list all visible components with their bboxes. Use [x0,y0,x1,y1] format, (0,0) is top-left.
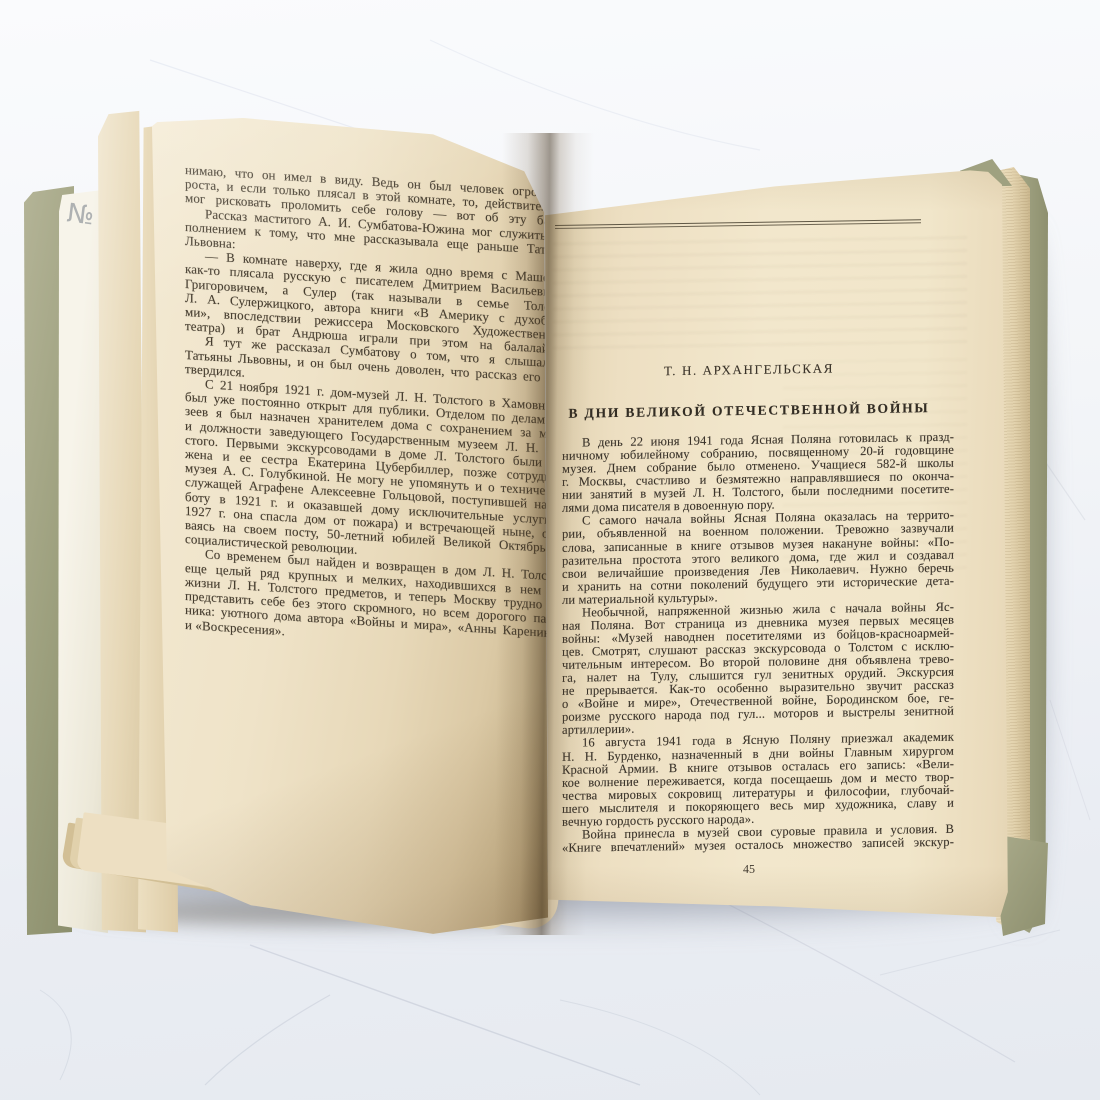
text-line: нии занятий в музей Л. Н. Толстого, были… [562,483,954,502]
text-line: «Книге впечатлений» музея осталось множе… [562,836,954,855]
text-line: представить себе без этого скромного, но… [185,589,571,627]
chapter-title: В ДНИ ВЕЛИКОЙ ОТЕЧЕСТВЕННОЙ ВОЙНЫ [553,400,945,422]
text-line: и хранить на сотни поколений будущего эт… [562,574,954,593]
text-line: рии, объявленной на военном положении. Т… [562,522,954,541]
author-heading: Т. Н. АРХАНГЕЛЬСКАЯ [553,359,945,381]
left-page-text: нимаю, что он имел в виду. Ведь он был ч… [185,163,571,656]
text-line: Л. А. Сулержицкого, автора книги «В Амер… [185,291,571,329]
photo-scene: № нимаю, что он имел в виду. Ведь он был… [0,0,1100,1100]
text-line: га, налет на Тулу, слышится гул зенитных… [562,666,954,685]
text-line: разительна простота этого великого дома,… [562,548,954,567]
text-line: г. Москвы, счастливо и безмятежно направ… [562,470,954,489]
text-line: слова, записанные в книге отзывов музея … [562,535,954,554]
text-line: роста, и если только плясал в этой комна… [185,177,571,215]
text-line: В день 22 июня 1941 года Ясная Поляна го… [562,431,954,450]
text-line: ми», впоследствии режиссера Московского … [185,305,571,343]
text-line: нимаю, что он имел в виду. Ведь он был ч… [185,163,571,201]
text-line: Рассказ маститого А. И. Сумбатова-Южина … [185,206,571,244]
right-page: Т. Н. АРХАНГЕЛЬСКАЯ В ДНИ ВЕЛИКОЙ ОТЕЧЕС… [535,165,1015,927]
text-line: зеев я был назначен хранителем дома с со… [185,404,571,442]
text-line: ничному юбилейному собранию, посвященном… [562,444,954,463]
text-line: Война принесла в музей свои суровые прав… [562,823,954,842]
right-page-content: Т. Н. АРХАНГЕЛЬСКАЯ В ДНИ ВЕЛИКОЙ ОТЕЧЕС… [553,158,993,927]
paragraph: Со временем был найден и возвращен в дом… [185,546,571,656]
text-line: 1927 г. она спасла дом от пожара) и встр… [185,504,571,542]
text-line: чества мировых сокровищ литературы и фил… [562,783,954,802]
text-line: Татьяны Львовны, и он был очень доволен,… [185,348,571,386]
text-line: и «Воскресения». [185,618,571,656]
text-line: и должности заведующего Государственным … [185,419,571,457]
paragraph: — В комнате наверху, где я жила одно вре… [185,248,571,358]
text-line: стого. Первыми экскурсоводами в доме Л. … [185,433,571,471]
page-number: 45 [553,859,945,880]
text-line: С 21 ноября 1921 г. дом-музей Л. Н. Толс… [185,376,571,414]
text-line: ли материальной культуры». [562,587,954,606]
text-line: ника: уютного дома автора «Войны и мира»… [185,603,571,641]
text-line: 16 августа 1941 года в Ясную Поляну прие… [562,731,954,750]
text-line: Я тут же рассказал Сумбатову о том, что … [185,333,571,371]
text-line: музея А. С. Голубкиной. Не могу не упомя… [185,461,571,499]
paragraph: Рассказ маститого А. И. Сумбатова-Южина … [185,206,571,273]
text-line: Со временем был найден и возвращен в дом… [185,546,571,584]
text-line: мог рисковать проломить себе голову — во… [185,191,571,229]
text-line: С самого начала войны Ясная Поляна оказа… [562,509,954,528]
paragraph: нимаю, что он имел в виду. Ведь он был ч… [185,163,571,230]
text-line: ная Поляна. Вот страница из дневника муз… [562,614,954,633]
text-line: музея. Днем собрание было отменено. Учащ… [562,457,954,476]
text-line: социалистической революции. [185,532,571,570]
text-line: — В комнате наверху, где я жила одно вре… [185,248,571,286]
show-through-texture [553,236,967,355]
text-line: цев. Смотрят, слушают рассказ экскурсово… [562,640,954,659]
text-line: не прерывается. Как-то особенно выразите… [562,679,954,698]
paragraph: С самого начала войны Ясная Поляна оказа… [562,509,954,607]
text-line: Н. Н. Бурденко, назначенный в дни войны … [562,744,954,763]
text-line: свои величайшие произведения Лев Николае… [562,561,954,580]
text-line: войны: «Музей наводнен посетителями из б… [562,627,954,646]
text-line: лями дома писателя в довоенную пору. [562,496,954,515]
text-line: служащей Аграфене Алексеевне Гольцовой, … [185,475,571,513]
text-line: роизме русского народа под гул... моторо… [562,705,954,724]
header-rule [555,219,921,229]
text-line: еще целый ряд крупных и мелких, находивш… [185,561,571,599]
text-line: ваясь на своем посту, 50-летний юбилей В… [185,518,571,556]
text-line: артиллерии». [562,718,954,737]
text-line: боту в 1921 г. и оказавшей дому исключит… [185,490,571,528]
paragraph: Я тут же рассказал Сумбатову о том, что … [185,333,571,400]
text-line: был уже постоянно открыт для публики. От… [185,390,571,428]
right-page-text: В день 22 июня 1941 года Ясная Поляна го… [562,431,954,855]
paragraph: С 21 ноября 1921 г. дом-музей Л. Н. Толс… [185,376,571,571]
text-line: чительным интересом. Во второй половине … [562,653,954,672]
left-page: нимаю, что он имел в виду. Ведь он был ч… [152,118,548,938]
text-line: как-то плясала русскую с писателем Дмитр… [185,262,571,300]
text-line: твердился. [185,362,571,400]
text-line: о «Войне и мире», Отечественной войне, Б… [562,692,954,711]
text-line: театра) и брат Андрюша играли при этом н… [185,319,571,357]
handwritten-number-mark: № [65,198,96,231]
text-line: кое волнение переживается, когда посещае… [562,770,954,789]
text-line: вечную гордость русского народа». [562,810,954,829]
text-line: Красной Армии. В книге отзывов осталась … [562,757,954,776]
text-line: Львовна: [185,234,571,272]
paragraph: 16 августа 1941 года в Ясную Поляну прие… [562,731,954,829]
text-line: Необычной, напряженной жизнью жила с нач… [562,601,954,620]
text-line: жизни Л. Н. Толстого предметов, и теперь… [185,575,571,613]
text-line: полнением к тому, что мне рассказывала е… [185,220,571,258]
show-through-texture-2 [783,358,967,581]
text-line: Григоровичем, а Сулер (так называли в се… [185,277,571,315]
text-line: шего мыслителя и покоряющего весь мир ху… [562,796,954,815]
paragraph: В день 22 июня 1941 года Ясная Поляна го… [562,431,954,516]
text-line: жена и ее сестра Екатерина Цубербиллер, … [185,447,571,485]
paragraph: Необычной, напряженной жизнью жила с нач… [562,601,954,738]
paragraph: Война принесла в музей свои суровые прав… [562,823,954,855]
page-edge-fold [98,110,146,934]
